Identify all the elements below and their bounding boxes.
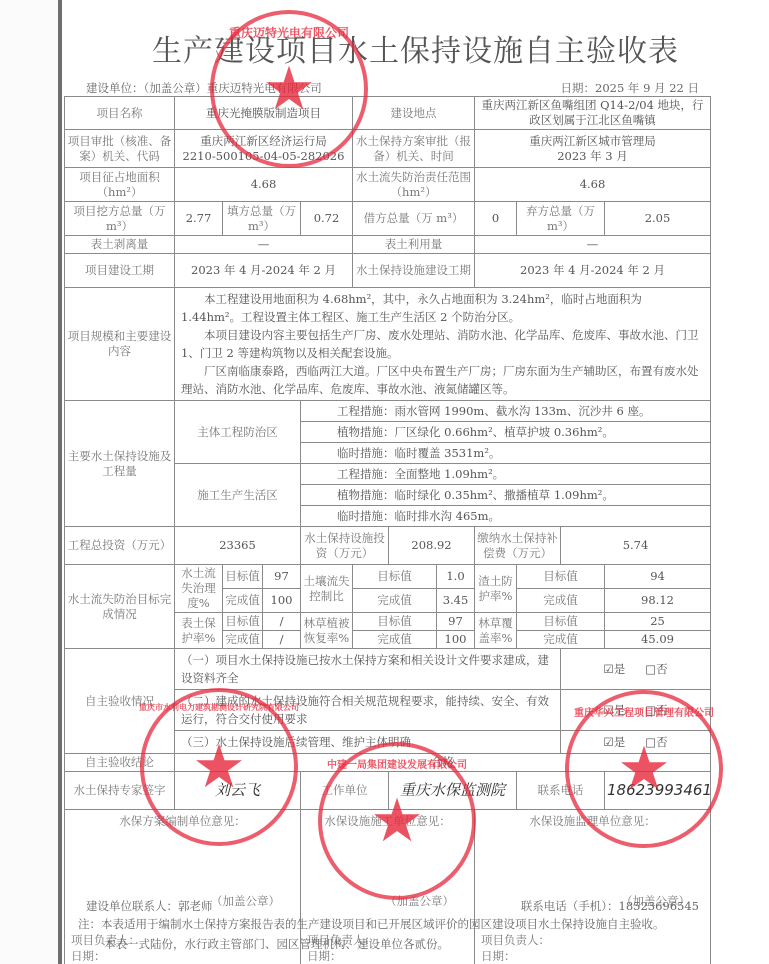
period-label: 项目建设工期 — [65, 254, 175, 288]
expert-signature: 刘云飞 — [175, 772, 301, 810]
document-date: 日期：2025 年 9 月 22 日 — [561, 80, 700, 96]
document-title: 生产建设项目水土保持设施自主验收表 — [62, 26, 769, 70]
expert-label: 水土保持专家签字 — [65, 772, 175, 810]
area-label: 项目征占地面积（hm²） — [65, 168, 175, 202]
fill-label: 填方总量（万 m³） — [223, 202, 301, 236]
project-owner-label: 项目负责人： — [481, 932, 550, 948]
opinion-heading: 水保方案编制单位意见： — [71, 814, 294, 829]
resp-value: 4.68 — [475, 168, 711, 202]
acceptance-item-text: （三）水土保持设施后续管理、维护主体明确 — [181, 733, 554, 751]
done-word: 完成值 — [223, 589, 263, 613]
approval-label: 项目审批（核准、备案）机关、代码 — [65, 130, 175, 168]
seal-note: （加盖公章） — [385, 894, 454, 909]
target-value: 97 — [437, 613, 475, 631]
done-word: 完成值 — [353, 631, 437, 649]
date-label: 日期： — [481, 948, 550, 964]
note-line-1: 注：本表适用于编制水土保持方案报告表的生产建设项目和已开展区域评价的园区建设项目… — [78, 916, 708, 932]
project-name: 重庆光掩膜版制造项目 — [175, 97, 353, 130]
seal-note: （加盖公章） — [211, 894, 280, 909]
target-name: 土壤流失控制比 — [301, 565, 353, 613]
plan-time: 2023 年 3 月 — [477, 149, 708, 164]
scale-label: 项目规模和主要建设内容 — [65, 288, 175, 401]
approval-info: 重庆两江新区经济运行局 2210-500105-04-05-282026 — [175, 130, 353, 168]
fill-value: 0.72 — [301, 202, 353, 236]
no-checkbox[interactable]: □否 — [645, 735, 667, 749]
construction-unit: 建设单位：（加盖公章）重庆迈特光电有限公司 — [86, 80, 322, 96]
opinion-footer: 项目负责人： 日期： — [481, 932, 550, 964]
yes-checkbox[interactable]: ☑是 — [603, 703, 625, 717]
target-word: 目标值 — [353, 565, 437, 589]
borrow-value: 0 — [475, 202, 517, 236]
target-word: 目标值 — [517, 613, 605, 631]
done-value: 3.45 — [437, 589, 475, 613]
scale-paragraph: 本项目建设内容主要包括生产厂房、废水处理站、消防水池、化学品库、危废库、事故水池… — [181, 326, 704, 362]
project-name-label: 项目名称 — [65, 97, 175, 130]
target-name: 林草植被恢复率% — [301, 613, 353, 649]
area-value: 4.68 — [175, 168, 353, 202]
target-word: 目标值 — [223, 613, 263, 631]
measure-item: 工程措施：全面整地 1.09hm²。 — [301, 464, 711, 485]
done-word: 完成值 — [517, 631, 605, 649]
target-value: 1.0 — [437, 565, 475, 589]
target-value: 97 — [263, 565, 301, 589]
measure-item: 植物措施：临时绿化 0.35hm²、撒播植草 1.09hm²。 — [301, 485, 711, 506]
acceptance-form-table: 项目名称 重庆光掩膜版制造项目 建设地点 重庆两江新区鱼嘴组团 Q14-2/04… — [64, 96, 711, 964]
done-value: 100 — [263, 589, 301, 613]
target-name: 水土流失治理度% — [175, 565, 223, 613]
no-checkbox[interactable]: □否 — [645, 662, 667, 676]
measures-label: 主要水土保持设施及工程量 — [65, 401, 175, 527]
measure-item: 植物措施：厂区绿化 0.66hm²、植草护坡 0.36hm²。 — [301, 422, 711, 443]
target-value: 25 — [605, 613, 711, 631]
acceptance-item-text: （二）建成的水土保持设施符合相关规范规程要求，能持续、安全、有效运行，符合交付使… — [181, 692, 554, 728]
contact-person: 建设单位联系人：郭老师 — [86, 898, 213, 914]
borrow-label: 借方总量（万 m³） — [353, 202, 475, 236]
facility-invest-label: 水土保持设施投资（万元） — [301, 527, 389, 565]
location-label: 建设地点 — [353, 97, 475, 130]
scale-content: 本工程建设用地面积为 4.68hm²，其中，永久占地面积为 3.24hm²，临时… — [175, 288, 711, 401]
waste-label: 弃方总量（万 m³） — [517, 202, 605, 236]
yes-checkbox[interactable]: ☑是 — [603, 662, 625, 676]
invest-label: 工程总投资（万元） — [65, 527, 175, 565]
conclusion-label: 自主验收结论 — [65, 754, 175, 772]
target-word: 目标值 — [353, 613, 437, 631]
opinion-heading: 水保设施监理单位意见： — [481, 814, 704, 829]
acceptance-item-text: （一）项目水土保持设施已按水土保持方案和相关设计文件要求建成，建设资料齐全 — [181, 651, 554, 687]
scale-paragraph: 本工程建设用地面积为 4.68hm²，其中，永久占地面积为 3.24hm²，临时… — [181, 290, 704, 326]
target-name: 表土保护率% — [175, 613, 223, 649]
scale-paragraph: 厂区南临康泰路，西临两江大道。厂区中央布置生产厂房；厂房东面为生产辅助区，布置有… — [181, 362, 704, 398]
no-checkbox[interactable]: □否 — [645, 703, 667, 717]
topsoil-strip-label: 表土剥离量 — [65, 236, 175, 254]
done-word: 完成值 — [353, 589, 437, 613]
acceptance-choice: ☑是□否 — [561, 690, 711, 731]
done-value: 45.09 — [605, 631, 711, 649]
plan-info: 重庆两江新区城市管理局 2023 年 3 月 — [475, 130, 711, 168]
topsoil-use-value: — — [475, 236, 711, 254]
target-word: 目标值 — [223, 565, 263, 589]
zone-name: 施工生产生活区 — [175, 464, 301, 527]
done-value: / — [263, 631, 301, 649]
invest-value: 23365 — [175, 527, 301, 565]
phone-label: 联系电话 — [517, 772, 605, 810]
scan-left-margin — [0, 0, 60, 964]
phone-signature: 18623993461 — [605, 772, 711, 810]
note-line-2: 本表一式陆份，水行政主管部门、园区管理机构、建设单位各贰份。 — [104, 936, 449, 952]
resp-label: 水土流失防治责任范围（hm²） — [353, 168, 475, 202]
location: 重庆两江新区鱼嘴组团 Q14-2/04 地块，行政区划属于江北区鱼嘴镇 — [475, 97, 711, 130]
work-unit-signature: 重庆水保监测院 — [389, 772, 517, 810]
period-value: 2023 年 4 月-2024 年 2 月 — [175, 254, 353, 288]
topsoil-strip-value: — — [175, 236, 353, 254]
approval-code: 2210-500105-04-05-282026 — [177, 149, 350, 164]
approval-org: 重庆两江新区经济运行局 — [177, 134, 350, 149]
done-word: 完成值 — [223, 631, 263, 649]
scan-edge — [58, 0, 62, 964]
plan-org: 重庆两江新区城市管理局 — [477, 134, 708, 149]
zone-name: 主体工程防治区 — [175, 401, 301, 464]
acceptance-choice: ☑是□否 — [561, 731, 711, 754]
target-word: 目标值 — [517, 565, 605, 589]
measure-item: 临时措施：临时排水沟 465m。 — [301, 506, 711, 527]
targets-label: 水土流失防治目标完成情况 — [65, 565, 175, 649]
yes-checkbox[interactable]: ☑是 — [603, 735, 625, 749]
measure-item: 临时措施：临时覆盖 3531m²。 — [301, 443, 711, 464]
facility-period-label: 水土保持设施建设工期 — [353, 254, 475, 288]
compensation-label: 缴纳水土保持补偿费（万元） — [475, 527, 561, 565]
target-value: / — [263, 613, 301, 631]
acceptance-item: （一）项目水土保持设施已按水土保持方案和相关设计文件要求建成，建设资料齐全 — [175, 649, 561, 690]
acceptance-label: 自主验收情况 — [65, 649, 175, 754]
facility-invest-value: 208.92 — [389, 527, 475, 565]
target-name: 渣土防护率% — [475, 565, 517, 613]
done-value: 98.12 — [605, 589, 711, 613]
contact-phone: 联系电话（手机）：18523696545 — [521, 898, 699, 914]
measure-item: 工程措施：雨水管网 1990m、截水沟 133m、沉沙井 6 座。 — [301, 401, 711, 422]
facility-period-value: 2023 年 4 月-2024 年 2 月 — [475, 254, 711, 288]
acceptance-item: （三）水土保持设施后续管理、维护主体明确 — [175, 731, 561, 754]
excav-value: 2.77 — [175, 202, 223, 236]
conclusion-value: 合格 — [175, 754, 711, 772]
target-name: 林草覆盖率% — [475, 613, 517, 649]
opinion-heading: 水保设施施工单位意见： — [307, 814, 468, 829]
supervision-unit-opinion: 水保设施监理单位意见： （加盖公章） 项目负责人： 日期： — [475, 810, 711, 964]
topsoil-use-label: 表土利用量 — [353, 236, 475, 254]
waste-value: 2.05 — [605, 202, 711, 236]
work-unit-label: 工作单位 — [301, 772, 389, 810]
target-value: 94 — [605, 565, 711, 589]
done-value: 100 — [437, 631, 475, 649]
acceptance-choice: ☑是□否 — [561, 649, 711, 690]
done-word: 完成值 — [517, 589, 605, 613]
excav-label: 项目挖方总量（万 m³） — [65, 202, 175, 236]
plan-label: 水土保持方案审批（报备）机关、时间 — [353, 130, 475, 168]
compensation-value: 5.74 — [561, 527, 711, 565]
acceptance-item: （二）建成的水土保持设施符合相关规范规程要求，能持续、安全、有效运行，符合交付使… — [175, 690, 561, 731]
